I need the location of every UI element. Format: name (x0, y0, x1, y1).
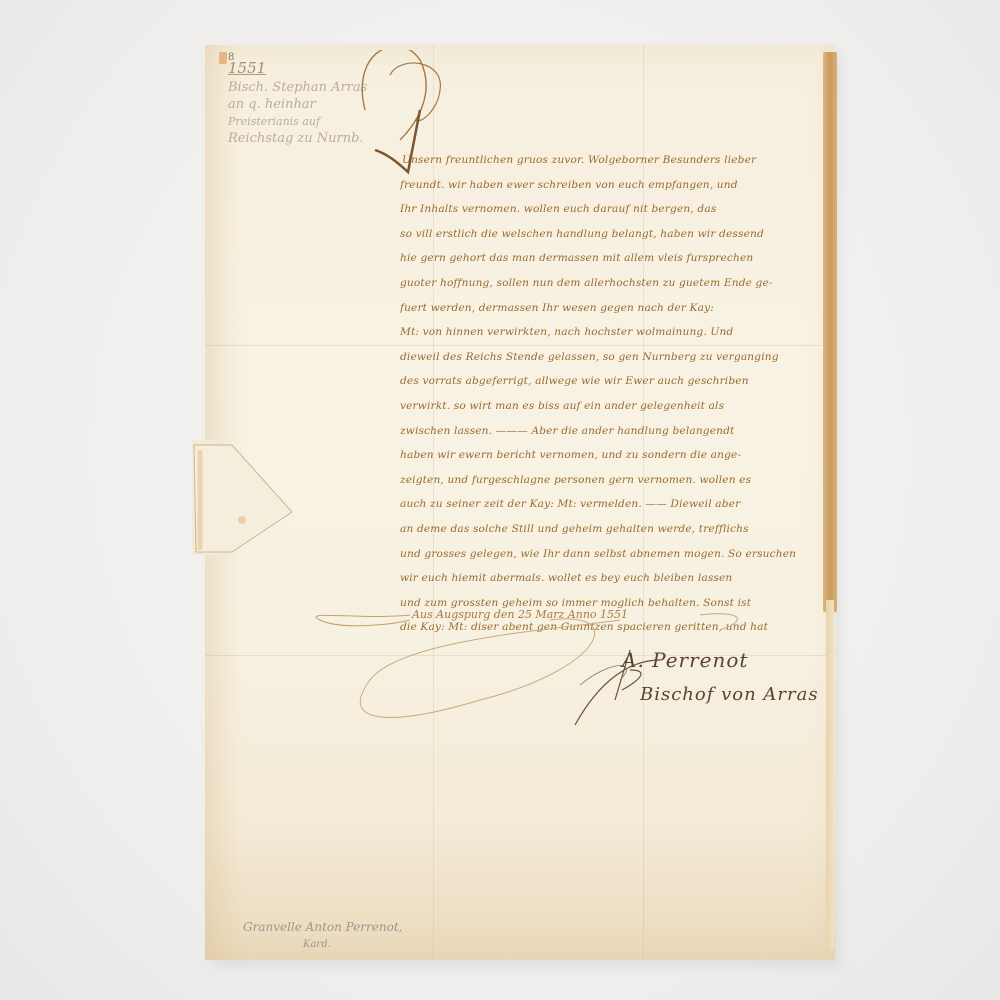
letter-line: Ihr Inhalts vernomen. wollen euch darauf… (400, 197, 825, 222)
paper-edge (826, 600, 834, 950)
letter-line: dieweil des Reichs Stende gelassen, so g… (400, 345, 825, 370)
letter-line: fuert werden, dermassen Ihr wesen gegen … (400, 296, 825, 321)
letter-line: verwirkt. so wirt man es biss auf ein an… (400, 394, 825, 419)
letter-line: zwischen lassen. ——— Aber die ander hand… (400, 419, 825, 444)
letter-line: guoter hoffnung, sollen nun dem allerhoc… (400, 271, 825, 296)
letter-line: zeigten, und furgeschlagne personen gern… (400, 468, 825, 493)
letter-line: Unsern freuntlichen gruos zuvor. Wolgebo… (400, 148, 825, 173)
dateline: Aus Augspurg den 25 Marz Anno 1551 (412, 608, 628, 621)
letter-line: freundt. wir haben ewer schreiben von eu… (400, 173, 825, 198)
letter-line: hie gern gehort das man dermassen mit al… (400, 246, 825, 271)
letter-line: haben wir ewern bericht vernomen, und zu… (400, 443, 825, 468)
attribution-line: Kard. (243, 936, 402, 954)
browned-edge (823, 52, 837, 612)
letter-line: an deme das solche Still und geheim geha… (400, 517, 825, 542)
signature-perrenot: A. Perrenot (622, 648, 748, 672)
pencil-attribution: Granvelle Anton Perrenot, Kard. (243, 918, 402, 954)
letter-line: so vill erstlich die welschen handlung b… (400, 222, 825, 247)
attribution-line: Granvelle Anton Perrenot, (243, 920, 402, 934)
corner-stain (219, 52, 227, 64)
letter-line: Mt: von hinnen verwirkten, nach hochster… (400, 320, 825, 345)
letter-line: wir euch hiemit abermals. wollet es bey … (400, 566, 825, 591)
letter-body: Unsern freuntlichen gruos zuvor. Wolgebo… (400, 148, 825, 640)
folded-tab (192, 440, 297, 555)
signature-bishop-arras: Bischof von Arras (640, 684, 819, 705)
letter-line: auch zu seiner zeit der Kay: Mt: vermeld… (400, 492, 825, 517)
letter-line: des vorrats abgeferrigt, allwege wie wir… (400, 369, 825, 394)
letter-line: und grosses gelegen, wie Ihr dann selbst… (400, 542, 825, 567)
